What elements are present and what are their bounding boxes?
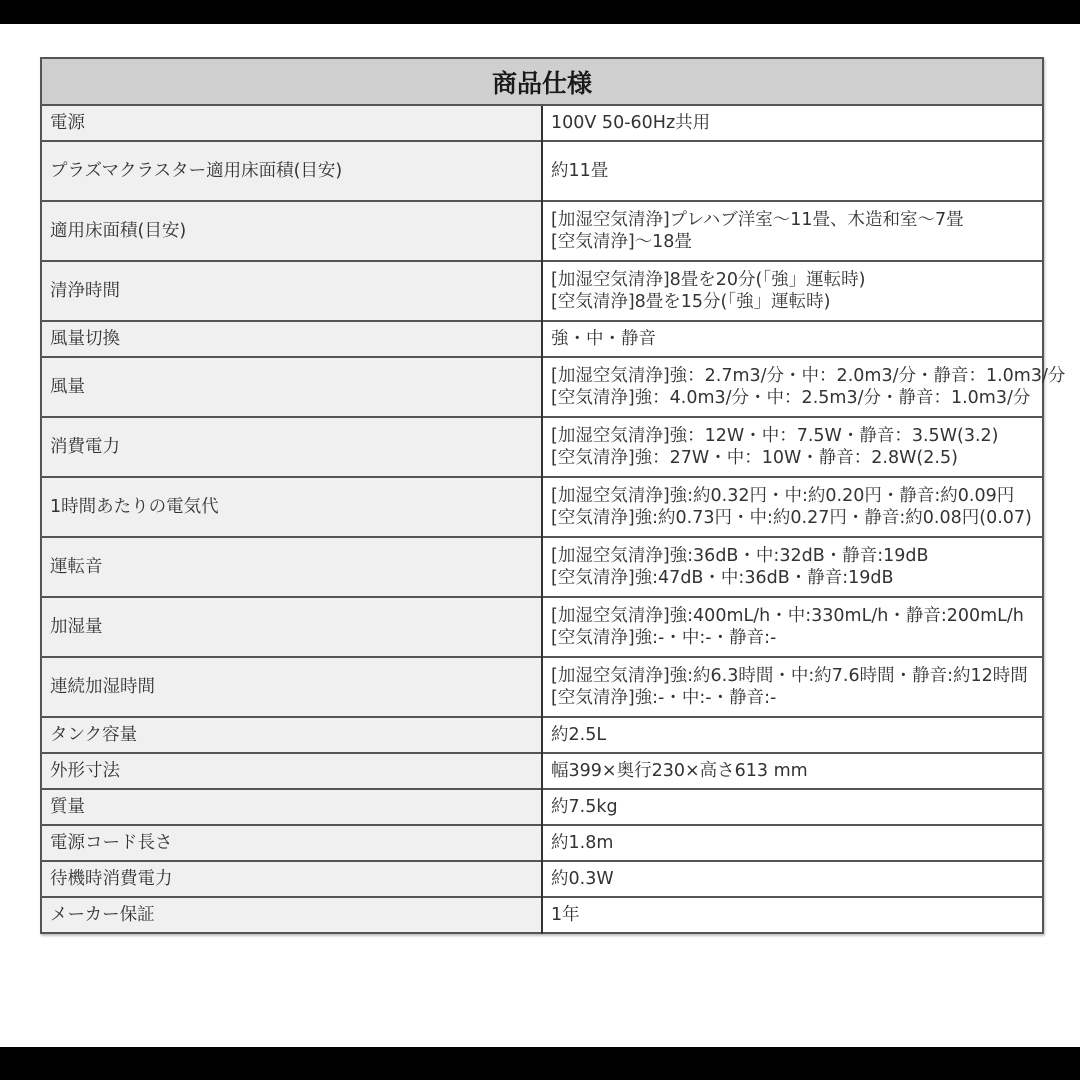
spec-table: 商品仕様 電源 100V 50-60Hz共用 プラズマクラスター適用床面積(目安… — [40, 57, 1044, 934]
page: 商品仕様 電源 100V 50-60Hz共用 プラズマクラスター適用床面積(目安… — [0, 24, 1080, 1047]
table-row-standby-power: 待機時消費電力 約0.3W — [41, 861, 1043, 897]
row-label: 加湿量 — [41, 597, 542, 657]
row-value: 約11畳 — [542, 141, 1043, 201]
table-row-operating-noise: 運転音 [加湿空気清浄]強:36dB・中:32dB・静音:19dB[空気清浄]強… — [41, 537, 1043, 597]
table-row-applicable-area: 適用床面積(目安) [加湿空気清浄]プレハブ洋室～11畳、木造和室～7畳[空気清… — [41, 201, 1043, 261]
row-value: 100V 50-60Hz共用 — [542, 105, 1043, 141]
row-value: 約7.5kg — [542, 789, 1043, 825]
row-label: 風量切換 — [41, 321, 542, 357]
table-row-power-cord-length: 電源コード長さ 約1.8m — [41, 825, 1043, 861]
row-value: [加湿空気清浄]強：12W・中：7.5W・静音：3.5W(3.2)[空気清浄]強… — [542, 417, 1043, 477]
row-value: [加湿空気清浄]強：2.7m3/分・中：2.0m3/分・静音：1.0m3/分[空… — [542, 357, 1043, 417]
table-row-tank-capacity: タンク容量 約2.5L — [41, 717, 1043, 753]
table-row-airflow-modes: 風量切換 強・中・静音 — [41, 321, 1043, 357]
row-value: [加湿空気清浄]8畳を20分(「強」運転時)[空気清浄]8畳を15分(「強」運転… — [542, 261, 1043, 321]
table-row-weight: 質量 約7.5kg — [41, 789, 1043, 825]
row-value: [加湿空気清浄]プレハブ洋室～11畳、木造和室～7畳[空気清浄]～18畳 — [542, 201, 1043, 261]
row-value: 幅399×奥行230×高さ613 mm — [542, 753, 1043, 789]
row-value: 約2.5L — [542, 717, 1043, 753]
row-label: 外形寸法 — [41, 753, 542, 789]
row-value: [加湿空気清浄]強:36dB・中:32dB・静音:19dB[空気清浄]強:47d… — [542, 537, 1043, 597]
table-row-plasmacluster-area: プラズマクラスター適用床面積(目安) 約11畳 — [41, 141, 1043, 201]
row-value: [加湿空気清浄]強:400mL/h・中:330mL/h・静音:200mL/h[空… — [542, 597, 1043, 657]
row-label: 1時間あたりの電気代 — [41, 477, 542, 537]
table-row-cleaning-time: 清浄時間 [加湿空気清浄]8畳を20分(「強」運転時)[空気清浄]8畳を15分(… — [41, 261, 1043, 321]
row-label: 風量 — [41, 357, 542, 417]
row-label: メーカー保証 — [41, 897, 542, 933]
row-value: 約1.8m — [542, 825, 1043, 861]
table-row-humidification-amount: 加湿量 [加湿空気清浄]強:400mL/h・中:330mL/h・静音:200mL… — [41, 597, 1043, 657]
row-value: [加湿空気清浄]強:約0.32円・中:約0.20円・静音:約0.09円[空気清浄… — [542, 477, 1043, 537]
row-label: 運転音 — [41, 537, 542, 597]
row-value: 1年 — [542, 897, 1043, 933]
row-label: 電源 — [41, 105, 542, 141]
table-row-hourly-electricity-cost: 1時間あたりの電気代 [加湿空気清浄]強:約0.32円・中:約0.20円・静音:… — [41, 477, 1043, 537]
table-row-power-consumption: 消費電力 [加湿空気清浄]強：12W・中：7.5W・静音：3.5W(3.2)[空… — [41, 417, 1043, 477]
table-row-airflow: 風量 [加湿空気清浄]強：2.7m3/分・中：2.0m3/分・静音：1.0m3/… — [41, 357, 1043, 417]
row-label: 連続加湿時間 — [41, 657, 542, 717]
row-label: 適用床面積(目安) — [41, 201, 542, 261]
row-label: 清浄時間 — [41, 261, 542, 321]
row-label: タンク容量 — [41, 717, 542, 753]
row-label: 消費電力 — [41, 417, 542, 477]
table-row-continuous-humidification-time: 連続加湿時間 [加湿空気清浄]強:約6.3時間・中:約7.6時間・静音:約12時… — [41, 657, 1043, 717]
row-value: 強・中・静音 — [542, 321, 1043, 357]
table-row-power-source: 電源 100V 50-60Hz共用 — [41, 105, 1043, 141]
row-label: 待機時消費電力 — [41, 861, 542, 897]
row-label: プラズマクラスター適用床面積(目安) — [41, 141, 542, 201]
table-row-manufacturer-warranty: メーカー保証 1年 — [41, 897, 1043, 933]
table-title: 商品仕様 — [41, 58, 1043, 105]
table-row-dimensions: 外形寸法 幅399×奥行230×高さ613 mm — [41, 753, 1043, 789]
row-value: [加湿空気清浄]強:約6.3時間・中:約7.6時間・静音:約12時間[空気清浄]… — [542, 657, 1043, 717]
row-value: 約0.3W — [542, 861, 1043, 897]
row-label: 質量 — [41, 789, 542, 825]
row-label: 電源コード長さ — [41, 825, 542, 861]
